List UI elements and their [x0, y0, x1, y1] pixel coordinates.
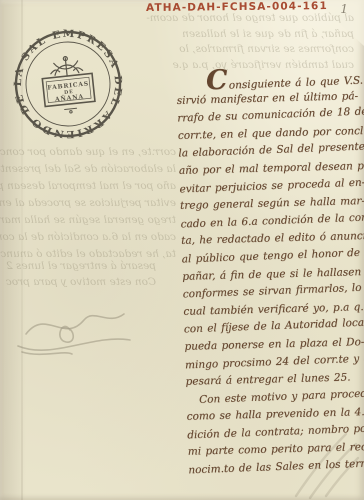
seal-bottom-ornament [65, 108, 77, 113]
bleed-through-signature-block: pesará á entregar el lunes 25. Con este … [6, 260, 156, 291]
archival-reference: ATHA-DAH-FCHSA-004-161 [146, 0, 336, 14]
bleed-through-line: trego general según se halla mar- [0, 214, 176, 231]
bleed-through-line: cado en la 6.a condición de la contra- [0, 231, 176, 248]
bleed-through-line: la elaboración de Sal del presente [0, 163, 176, 180]
company-seal-stamp: DE LA SAL EMPRESA DEL ARRIENDO FABRICAS … [6, 22, 129, 145]
seal-center-line-3: AÑANA [54, 93, 85, 103]
bleed-through-line: Con este motivo y para proceder [6, 276, 156, 292]
page-number: 1 [340, 2, 348, 16]
manuscript-page: al público que tengo el honor de acom- p… [0, 0, 364, 500]
bleed-through-line: evitar perjuicios se proceda al en- [0, 197, 176, 214]
bleed-through-line: corr.te, en el que dando por concluida [0, 146, 176, 163]
bleed-through-block-left: corr.te, en el que dando por concluida l… [0, 146, 176, 265]
bleed-through-line: año por el mal temporal desean p.a [0, 180, 176, 197]
bleed-through-line: al público que tengo el honor de acom- [8, 12, 354, 28]
seal-center-plaque: FABRICAS DE AÑANA [42, 73, 95, 106]
bleed-through-line: pesará á entregar el lunes 25. [6, 260, 156, 276]
signature-flourish-bleed [12, 300, 142, 366]
letter-body: Consiguiente á lo que V.S. se sirvió man… [176, 71, 364, 481]
